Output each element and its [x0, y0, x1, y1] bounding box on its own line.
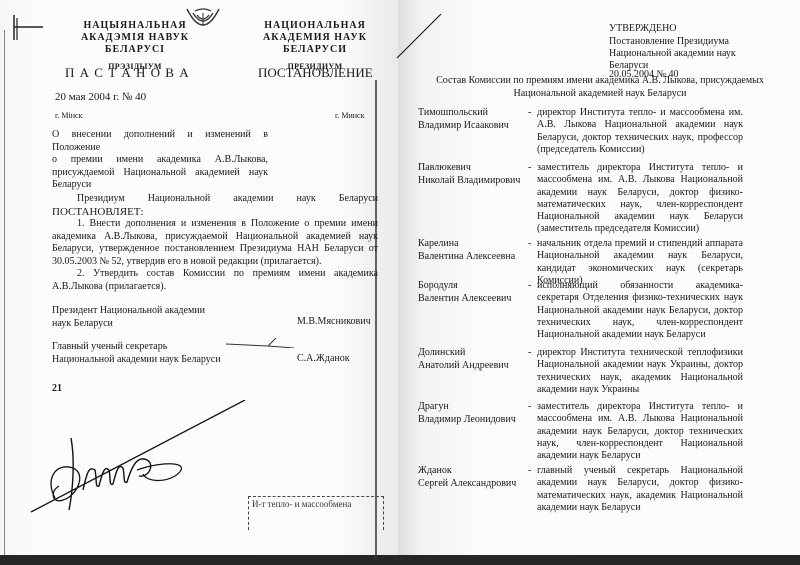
member-given-names: Валентина Алексеевна	[418, 251, 538, 264]
city-russian: г. Минск	[335, 111, 365, 120]
subject-line1: О внесении дополнений и изменений в Поло…	[52, 129, 268, 154]
doc-type-russian: ПОСТАНОВЛЕНИЕ	[258, 65, 373, 81]
secretary-title-line1: Главный ученый секретарь	[52, 341, 221, 354]
member-name: Бородуля Валентин Алексеевич	[418, 280, 538, 305]
subject-line3: присуждаемой Национальной академией наук	[52, 167, 268, 180]
approved-line3: Национальной академии наук	[609, 48, 736, 61]
handwritten-signature-icon	[25, 400, 245, 520]
secretary-title-line2: Национальной академии наук Беларуси	[52, 354, 221, 367]
institute-stamp: И-т тепло- и массообмена	[248, 496, 384, 530]
signature-president-title: Президент Национальной академии наук Бел…	[52, 305, 205, 330]
approved-line2: Постановление Президиума	[609, 36, 736, 49]
city-belarusian: г. Мінск	[55, 111, 82, 120]
member-name: Жданок Сергей Александрович	[418, 465, 538, 490]
header-ru-line3: БЕЛАРУСИ	[240, 44, 390, 56]
member-dash: -	[528, 401, 531, 414]
president-name: М.В.Мясникович	[297, 316, 371, 329]
member-given-names: Анатолий Андреевич	[418, 360, 538, 373]
member-description: заместитель директора Института тепло- и…	[537, 162, 743, 236]
pen-stroke-icon	[395, 12, 443, 60]
member-given-names: Николай Владимирович	[418, 175, 538, 188]
member-surname: Бородуля	[418, 280, 538, 293]
academy-emblem-icon	[185, 7, 221, 31]
subject-line4: Беларуси	[52, 179, 268, 192]
member-name: Долинский Анатолий Андреевич	[418, 347, 538, 372]
member-given-names: Владимир Исаакович	[418, 120, 538, 133]
member-description: директор Института тепло- и массообмена …	[537, 107, 743, 156]
commission-title: Состав Комиссии по премиям имени академи…	[400, 75, 800, 100]
member-dash: -	[528, 347, 531, 360]
member-description: исполняющий обязанности академика-секрет…	[537, 280, 743, 341]
signature-secretary-title: Главный ученый секретарь Национальной ак…	[52, 341, 221, 366]
member-dash: -	[528, 107, 531, 120]
member-description: директор Института технической теплофизи…	[537, 347, 743, 396]
member-dash: -	[528, 162, 531, 175]
secretary-name: С.А.Жданок	[297, 353, 350, 366]
member-given-names: Владимир Леонидович	[418, 414, 538, 427]
fold-line	[375, 80, 377, 560]
member-surname: Карелина	[418, 238, 538, 251]
header-ru-line1: НАЦИОНАЛЬНАЯ	[240, 20, 390, 32]
member-surname: Тимошпольский	[418, 107, 538, 120]
commission-title-line1: Состав Комиссии по премиям имени академи…	[400, 75, 800, 88]
subject-line2: о премии имени академика А.В.Лыкова,	[52, 154, 268, 167]
body-intro: Президиум Национальной академии наук Бел…	[52, 193, 378, 206]
decree-body: Президиум Национальной академии наук Бел…	[52, 193, 378, 293]
header-by-line2: АКАДЭМІЯ НАВУК	[60, 32, 210, 44]
member-given-names: Сергей Александрович	[418, 478, 538, 491]
member-name: Тимошпольский Владимир Исаакович	[418, 107, 538, 132]
member-surname: Павлюкевич	[418, 162, 538, 175]
member-surname: Долинский	[418, 347, 538, 360]
approved-label: УТВЕРЖДЕНО	[609, 23, 736, 36]
member-name: Драгун Владимир Леонидович	[418, 401, 538, 426]
member-surname: Драгун	[418, 401, 538, 414]
initial-mark-icon	[224, 332, 296, 348]
member-dash: -	[528, 465, 531, 478]
commission-title-line2: Национальной академией наук Беларуси	[400, 88, 800, 101]
member-given-names: Валентин Алексеевич	[418, 293, 538, 306]
approved-block: УТВЕРЖДЕНО Постановление Президиума Наци…	[609, 23, 736, 80]
header-ru-line2: АКАДЕМИЯ НАУК	[240, 32, 390, 44]
member-dash: -	[528, 238, 531, 251]
president-title-line2: наук Беларуси	[52, 318, 205, 331]
corner-mark-icon	[10, 12, 44, 42]
member-description: главный ученый секретарь Национальной ак…	[537, 465, 743, 514]
member-name: Павлюкевич Николай Владимирович	[418, 162, 538, 187]
body-item-2: 2. Утвердить состав Комиссии по премиям …	[52, 268, 378, 293]
doc-type-belarusian: П А С Т А Н О В А	[65, 65, 190, 81]
page-edge-line	[4, 30, 5, 555]
scan-bottom-edge	[0, 555, 800, 565]
member-dash: -	[528, 280, 531, 293]
decree-subject: О внесении дополнений и изменений в Поло…	[52, 129, 268, 192]
decree-date-number: 20 мая 2004 г. № 40	[55, 91, 146, 104]
stamp-text: И-т тепло- и массообмена	[252, 499, 351, 509]
member-surname: Жданок	[418, 465, 538, 478]
page-number: 21	[52, 383, 62, 396]
member-description: заместитель директора Института тепло- и…	[537, 401, 743, 462]
member-name: Карелина Валентина Алексеевна	[418, 238, 538, 263]
body-resolves: ПОСТАНОВЛЯЕТ:	[52, 206, 378, 219]
body-item-1: 1. Внести дополнения и изменения в Полож…	[52, 218, 378, 268]
header-by-line3: БЕЛАРУСІ	[60, 44, 210, 56]
president-title-line1: Президент Национальной академии	[52, 305, 205, 318]
